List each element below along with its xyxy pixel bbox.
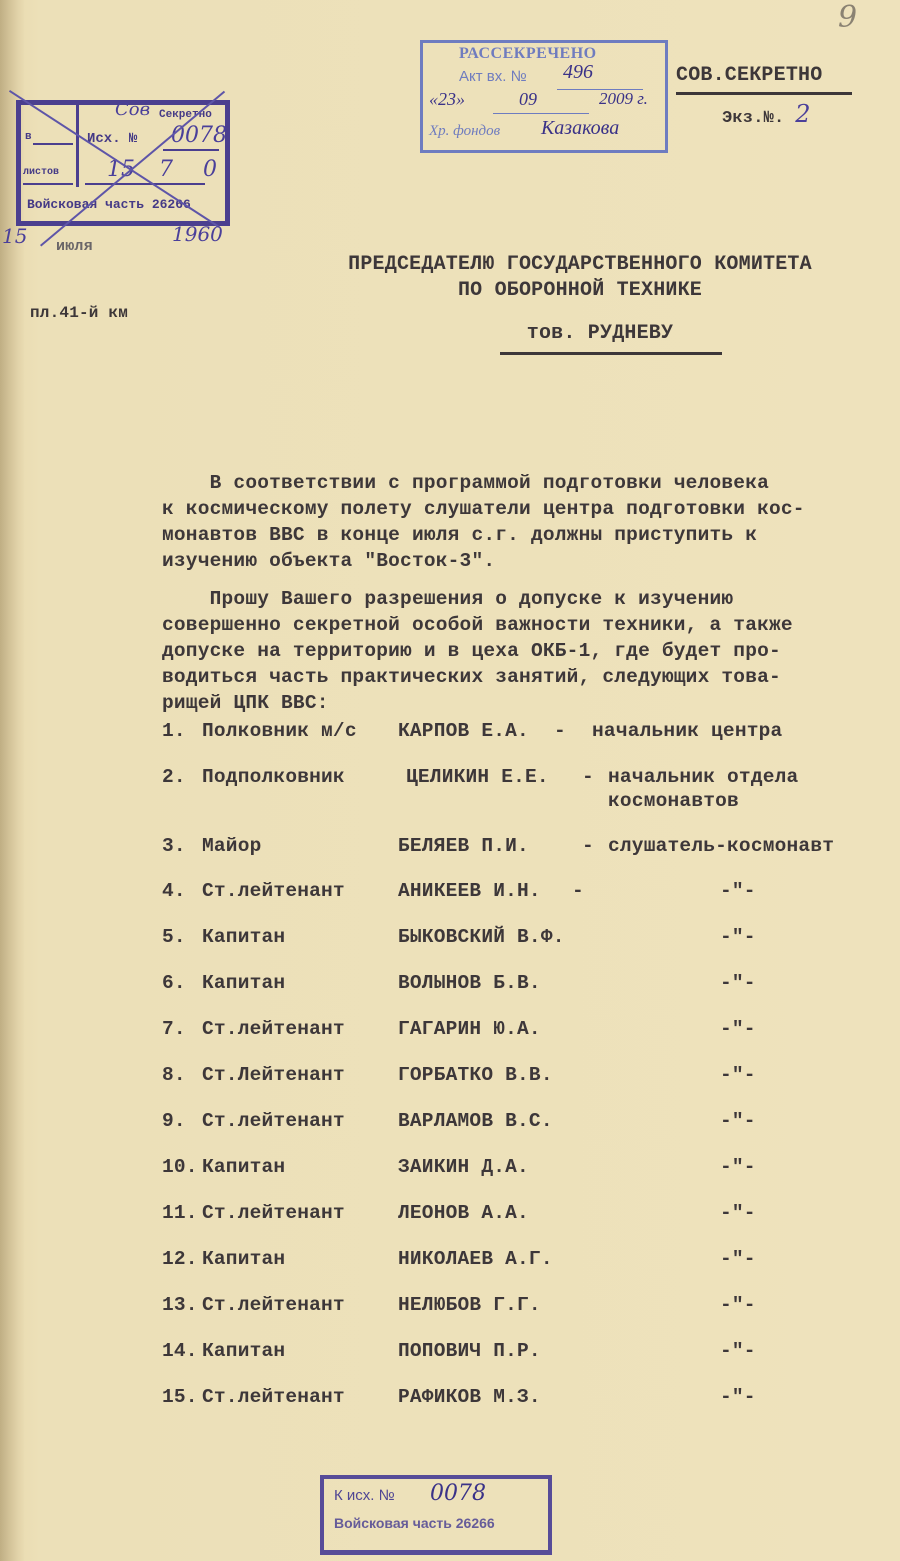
item-rank: Ст.лейтенант bbox=[202, 1294, 345, 1316]
stamp-handwritten-sov: Сов bbox=[115, 99, 150, 120]
recipient-underline bbox=[500, 352, 722, 355]
item-number: 3. bbox=[162, 835, 186, 857]
item-dash: - bbox=[582, 835, 594, 857]
location-note: пл.41-й км bbox=[30, 304, 128, 322]
date-day-handwritten: 15 bbox=[2, 224, 27, 248]
item-ditto: -"- bbox=[720, 1018, 756, 1040]
item-rank: Капитан bbox=[202, 926, 285, 948]
stamp-secret-label: Секретно bbox=[159, 109, 212, 121]
stamp-sheets-label: листов bbox=[23, 167, 59, 178]
item-name: БЫКОВСКИЙ В.Ф. bbox=[398, 926, 565, 948]
stamp-unit-label: Войсковая часть 26266 bbox=[27, 197, 191, 212]
item-ditto: -"- bbox=[720, 972, 756, 994]
item-rank: Ст.лейтенант bbox=[202, 1018, 345, 1040]
classification-underline bbox=[676, 92, 852, 95]
item-number: 2. bbox=[162, 766, 186, 788]
reference-label: К исх. № bbox=[334, 1487, 395, 1504]
item-number: 12. bbox=[162, 1248, 198, 1270]
paragraph-line: В соответствии с программой подготовки ч… bbox=[162, 470, 805, 496]
copy-label: Экз.№. bbox=[722, 109, 784, 128]
item-number: 7. bbox=[162, 1018, 186, 1040]
addressee-block: ПРЕДСЕДАТЕЛЮ ГОСУДАРСТВЕННОГО КОМИТЕТА П… bbox=[300, 252, 860, 304]
declass-month: 09 bbox=[519, 89, 537, 110]
paragraph-line: совершенно секретной особой важности тех… bbox=[162, 612, 793, 638]
stamp-blank-line bbox=[85, 183, 205, 185]
item-name: АНИКЕЕВ И.Н. bbox=[398, 880, 541, 902]
item-ditto: -"- bbox=[720, 1386, 756, 1408]
item-ditto: -"- bbox=[720, 880, 756, 902]
stamp-year: 0 bbox=[203, 157, 217, 182]
stamp-blank-line bbox=[33, 143, 73, 145]
fund-name: Казакова bbox=[541, 117, 619, 140]
item-name: КАРПОВ Е.А. bbox=[398, 720, 529, 742]
item-rank: Капитан bbox=[202, 1248, 285, 1270]
stamp-blank-line bbox=[23, 183, 73, 185]
paragraph-line: рищей ЦПК ВВС: bbox=[162, 690, 793, 716]
item-rank: Полковник м/с bbox=[202, 720, 357, 742]
item-number: 10. bbox=[162, 1156, 198, 1178]
item-rank: Подполковник bbox=[202, 766, 345, 788]
item-name: НИКОЛАЕВ А.Г. bbox=[398, 1248, 553, 1270]
item-name: НЕЛЮБОВ Г.Г. bbox=[398, 1294, 541, 1316]
item-rank: Ст.Лейтенант bbox=[202, 1064, 345, 1086]
copy-number: 2 bbox=[795, 100, 810, 128]
item-name: ЗАИКИН Д.А. bbox=[398, 1156, 529, 1178]
item-number: 4. bbox=[162, 880, 186, 902]
item-number: 15. bbox=[162, 1386, 198, 1408]
item-rank: Капитан bbox=[202, 1156, 285, 1178]
item-rank: Ст.лейтенант bbox=[202, 1202, 345, 1224]
item-rank: Капитан bbox=[202, 1340, 285, 1362]
item-dash: - bbox=[554, 720, 566, 742]
paragraph-line: Прошу Вашего разрешения о допуске к изуч… bbox=[162, 586, 793, 612]
item-dash: - bbox=[582, 766, 594, 788]
item-ditto: -"- bbox=[720, 1294, 756, 1316]
declass-year: 2009 г. bbox=[599, 89, 648, 109]
paragraph-line: изучению объекта "Восток-3". bbox=[162, 548, 805, 574]
fund-label: Хр. фондов bbox=[429, 123, 500, 140]
reference-number: 0078 bbox=[430, 1481, 486, 1506]
reference-unit: Войсковая часть 26266 bbox=[334, 1515, 495, 1531]
item-name: ПОПОВИЧ П.Р. bbox=[398, 1340, 541, 1362]
page-number: 9 bbox=[838, 0, 857, 35]
item-name: РАФИКОВ М.З. bbox=[398, 1386, 541, 1408]
item-number: 9. bbox=[162, 1110, 186, 1132]
date-month: июля bbox=[56, 238, 93, 255]
item-rank: Капитан bbox=[202, 972, 285, 994]
item-number: 11. bbox=[162, 1202, 198, 1224]
recipient: тов. РУДНЕВУ bbox=[470, 322, 730, 345]
item-ditto: -"- bbox=[720, 1156, 756, 1178]
reference-stamp: К исх. № 0078 Войсковая часть 26266 bbox=[320, 1475, 552, 1555]
item-role: начальник отдела bbox=[608, 766, 798, 788]
item-name: БЕЛЯЕВ П.И. bbox=[398, 835, 529, 857]
item-number: 6. bbox=[162, 972, 186, 994]
item-ditto: -"- bbox=[720, 926, 756, 948]
item-role: начальник центра bbox=[592, 720, 782, 742]
copy-number-group: Экз.№. 2 bbox=[722, 100, 811, 128]
item-ditto: -"- bbox=[720, 1064, 756, 1086]
item-name: ГАГАРИН Ю.А. bbox=[398, 1018, 541, 1040]
paragraph-line: водиться часть практических занятий, сле… bbox=[162, 664, 793, 690]
addressee-line-1: ПРЕДСЕДАТЕЛЮ ГОСУДАРСТВЕННОГО КОМИТЕТА bbox=[300, 252, 860, 278]
item-rank: Ст.лейтенант bbox=[202, 880, 345, 902]
paragraph-line: к космическому полету слушатели центра п… bbox=[162, 496, 805, 522]
addressee-line-2: ПО ОБОРОННОЙ ТЕХНИКЕ bbox=[300, 278, 860, 304]
paragraph-line: допуске на территорию и в цеха ОКБ-1, гд… bbox=[162, 638, 793, 664]
item-number: 13. bbox=[162, 1294, 198, 1316]
act-label: Акт вх. № bbox=[459, 68, 527, 85]
declass-day: «23» bbox=[429, 89, 465, 110]
item-number: 1. bbox=[162, 720, 186, 742]
date-year-handwritten: 1960 bbox=[172, 222, 223, 246]
body-paragraph-2: Прошу Вашего разрешения о допуске к изуч… bbox=[162, 586, 793, 716]
item-ditto: -"- bbox=[720, 1248, 756, 1270]
declassified-stamp: РАССЕКРЕЧЕНО Акт вх. № 496 «23» 09 2009 … bbox=[420, 40, 668, 153]
stamp-month: 7 bbox=[159, 157, 173, 182]
stamp-blank-line bbox=[493, 113, 589, 114]
item-name: ЛЕОНОВ А.А. bbox=[398, 1202, 529, 1224]
item-ditto: -"- bbox=[720, 1202, 756, 1224]
item-rank: Ст.лейтенант bbox=[202, 1110, 345, 1132]
item-ditto: -"- bbox=[720, 1110, 756, 1132]
item-name: ВОЛЫНОВ Б.В. bbox=[398, 972, 541, 994]
stamp-blank-line bbox=[163, 149, 219, 151]
item-number: 8. bbox=[162, 1064, 186, 1086]
act-number: 496 bbox=[563, 61, 593, 84]
item-ditto: -"- bbox=[720, 1340, 756, 1362]
item-rank: Майор bbox=[202, 835, 262, 857]
item-name: ВАРЛАМОВ В.С. bbox=[398, 1110, 553, 1132]
item-role: слушатель-космонавт bbox=[608, 835, 834, 857]
item-role-continuation: космонавтов bbox=[608, 790, 739, 812]
item-name: ГОРБАТКО В.В. bbox=[398, 1064, 553, 1086]
classification-label: СОВ.СЕКРЕТНО bbox=[676, 64, 822, 87]
item-name: ЦЕЛИКИН Е.Е. bbox=[406, 766, 549, 788]
item-number: 5. bbox=[162, 926, 186, 948]
stamp-divider bbox=[76, 105, 79, 187]
item-number: 14. bbox=[162, 1340, 198, 1362]
item-rank: Ст.лейтенант bbox=[202, 1386, 345, 1408]
item-dash: - bbox=[572, 880, 584, 902]
paragraph-line: монавтов ВВС в конце июля с.г. должны пр… bbox=[162, 522, 805, 548]
body-paragraph-1: В соответствии с программой подготовки ч… bbox=[162, 470, 805, 574]
